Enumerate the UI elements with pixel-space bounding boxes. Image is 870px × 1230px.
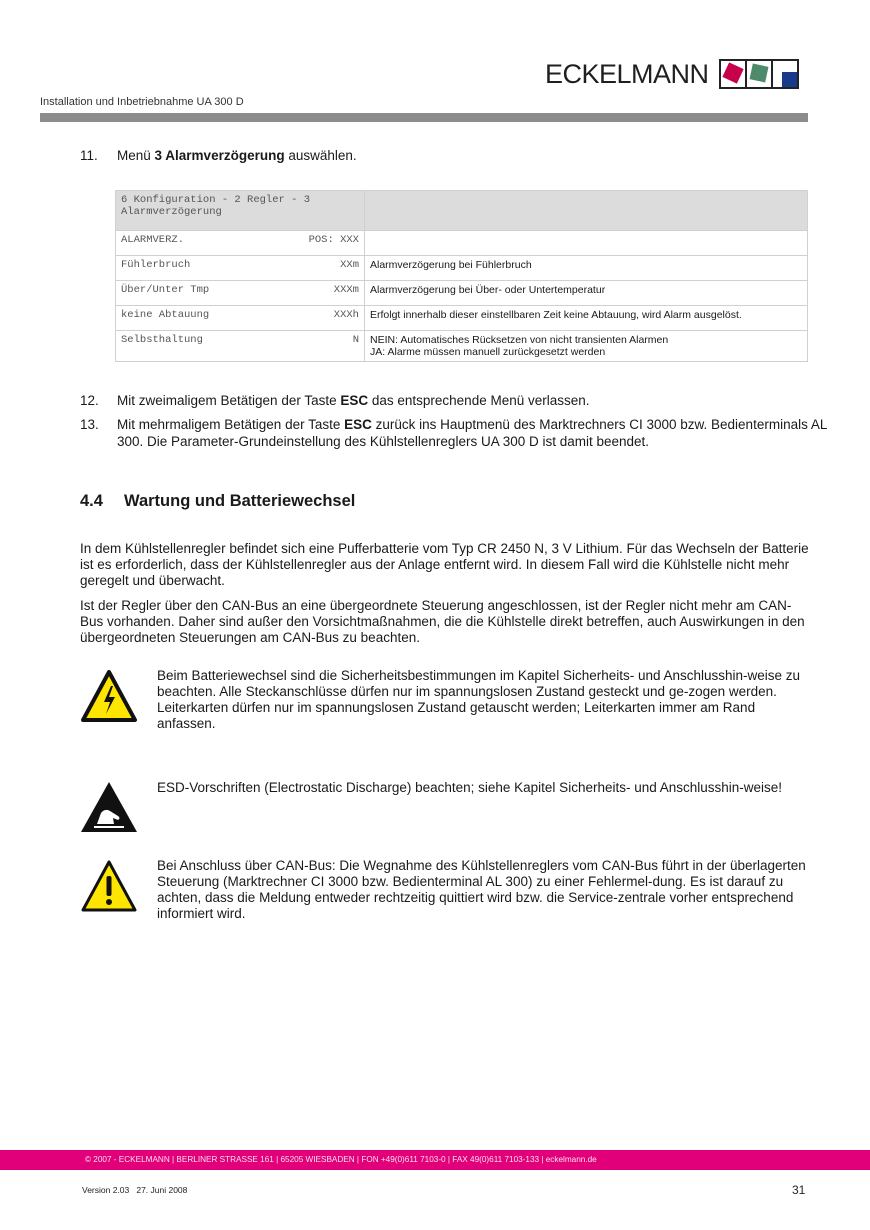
table-row: Über/Unter TmpXXXmAlarmverzögerung bei Ü… — [116, 281, 808, 306]
param-cell: Über/Unter TmpXXXm — [116, 281, 365, 306]
high-voltage-warning-icon — [80, 668, 138, 724]
section-heading: 4.4Wartung und Batteriewechsel — [80, 492, 355, 511]
description-cell: Alarmverzögerung bei Über- oder Untertem… — [365, 281, 808, 306]
eckelmann-logo: ECKELMANN — [545, 58, 799, 90]
param-cell: ALARMVERZ.POS: XXX — [116, 231, 365, 256]
footer-bar: © 2007 - ECKELMANN | BERLINER STRASSE 16… — [0, 1150, 870, 1170]
config-table: 6 Konfiguration - 2 Regler - 3 Alarmverz… — [115, 190, 808, 362]
step-11: 11. Menü 3 Alarmverzögerung auswählen. — [80, 147, 117, 164]
running-header: Installation und Inbetriebnahme UA 300 D — [40, 96, 244, 108]
table-row: FühlerbruchXXmAlarmverzögerung bei Fühle… — [116, 256, 808, 281]
param-cell: SelbsthaltungN — [116, 331, 365, 362]
menu-path: 6 Konfiguration - 2 Regler - 3 Alarmverz… — [116, 191, 365, 231]
version-info: Version 2.03 27. Juni 2008 — [82, 1185, 187, 1195]
general-warning-icon — [80, 858, 138, 914]
esd-warning-icon — [80, 780, 138, 836]
paragraph: In dem Kühlstellenregler befindet sich e… — [80, 541, 810, 589]
param-cell: FühlerbruchXXm — [116, 256, 365, 281]
step-13: 13. Mit mehrmaligem Betätigen der Taste … — [80, 416, 117, 433]
description-cell: Erfolgt innerhalb dieser einstellbaren Z… — [365, 306, 808, 331]
paragraph: Ist der Regler über den CAN-Bus an eine … — [80, 598, 810, 646]
param-cell: keine AbtauungXXXh — [116, 306, 365, 331]
page-number: 31 — [792, 1183, 805, 1197]
description-cell: Alarmverzögerung bei Fühlerbruch — [365, 256, 808, 281]
description-cell: NEIN: Automatisches Rücksetzen von nicht… — [365, 331, 808, 362]
table-row: ALARMVERZ.POS: XXX — [116, 231, 808, 256]
description-cell — [365, 231, 808, 256]
footer-address: © 2007 - ECKELMANN | BERLINER STRASSE 16… — [85, 1155, 597, 1164]
brand-name: ECKELMANN — [545, 61, 709, 88]
step-12: 12. Mit zweimaligem Betätigen der Taste … — [80, 392, 117, 409]
table-header-row: 6 Konfiguration - 2 Regler - 3 Alarmverz… — [116, 191, 808, 231]
brand-mark-icon — [719, 59, 799, 89]
header-divider — [40, 113, 808, 122]
table-row: SelbsthaltungNNEIN: Automatisches Rückse… — [116, 331, 808, 362]
header-right — [365, 191, 808, 231]
table-row: keine AbtauungXXXhErfolgt innerhalb dies… — [116, 306, 808, 331]
